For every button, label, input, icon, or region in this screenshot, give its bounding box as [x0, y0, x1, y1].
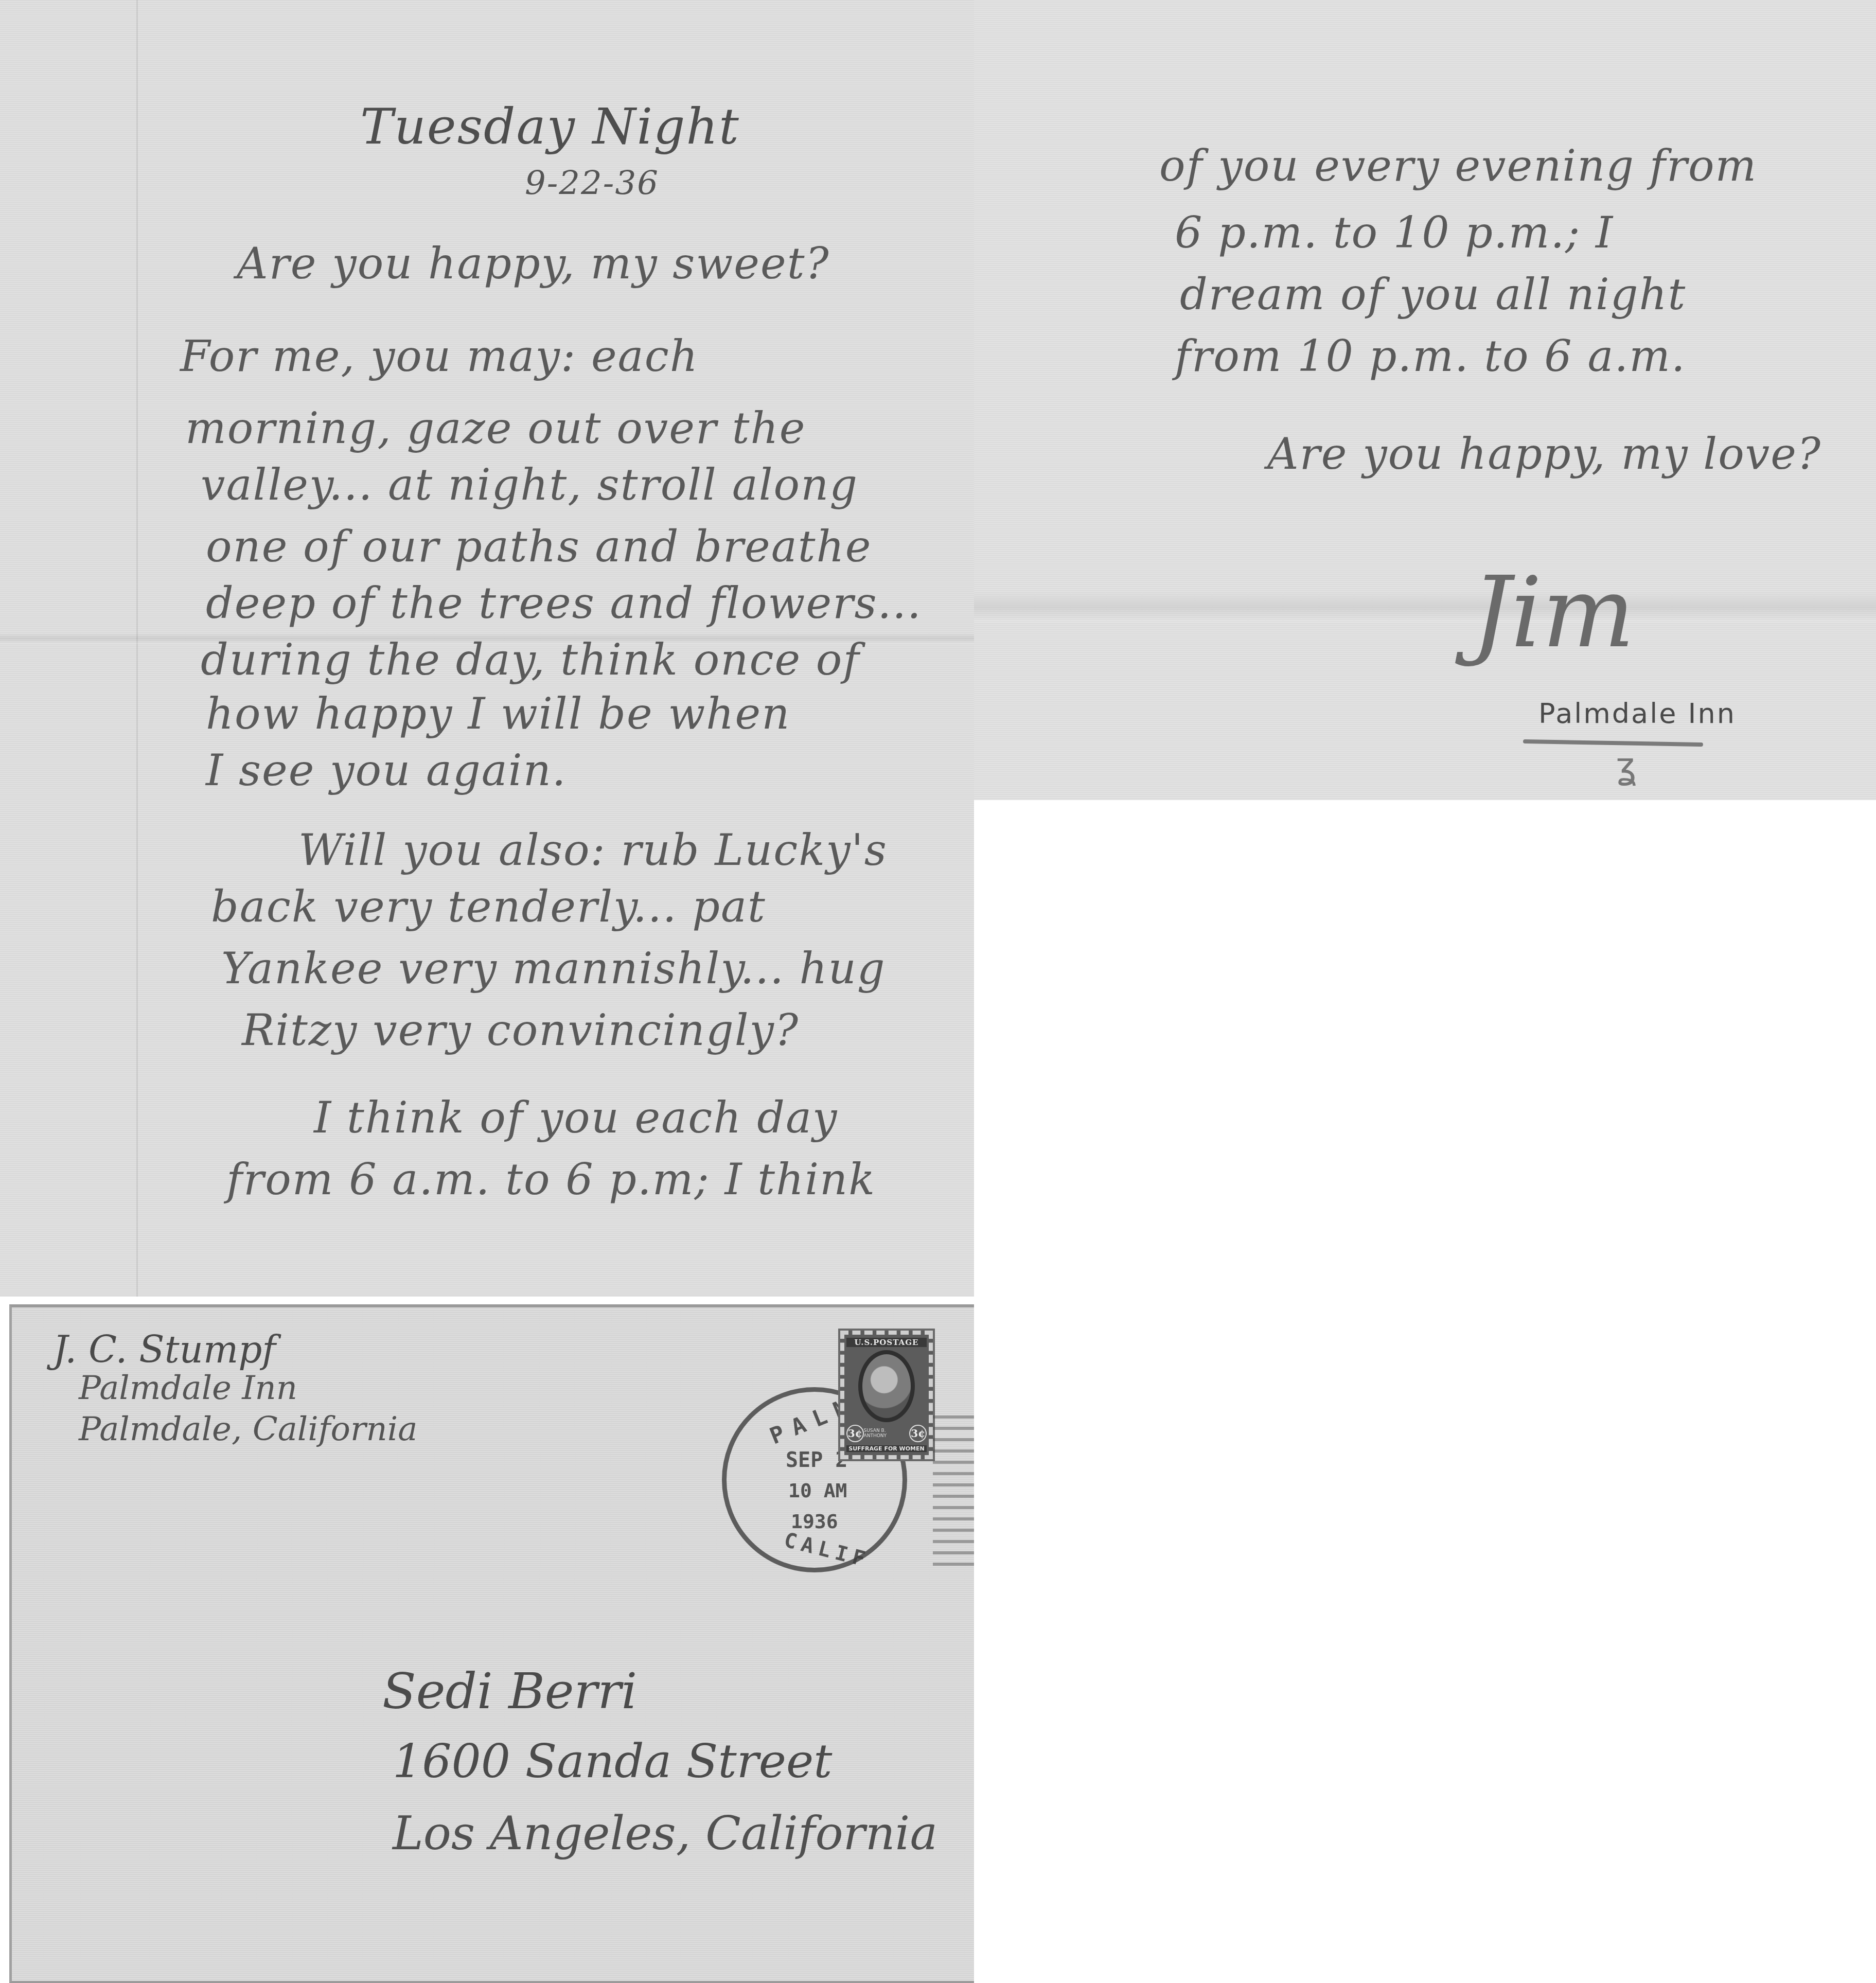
stamp-values: 3¢ SUSAN B. ANTHONY 3¢ — [846, 1425, 927, 1442]
letter-line: one of our paths and breathe — [206, 525, 872, 568]
letter-signature: Jim — [1472, 556, 1635, 669]
return-address-line2: Palmdale, California — [79, 1410, 417, 1448]
cancellation-marks — [933, 1415, 974, 1570]
envelope: J. C. Stumpf Palmdale Inn Palmdale, Cali… — [9, 1304, 974, 1983]
letter-line: I see you again. — [206, 749, 567, 792]
stamp-denomination-left: 3¢ — [846, 1425, 864, 1442]
postmark-year: 1936 — [791, 1510, 838, 1533]
letter-line: of you every evening from — [1159, 144, 1757, 187]
letter-line: Ritzy very convincingly? — [242, 1008, 799, 1052]
letter-line: dream of you all night — [1180, 273, 1686, 316]
recipient-street: 1600 Sanda Street — [393, 1734, 832, 1789]
stamp-denomination-right: 3¢ — [909, 1425, 927, 1442]
postmark-state: CALIF — [782, 1528, 872, 1572]
letter-line: Are you happy, my sweet? — [237, 242, 830, 285]
postmark-time: 10 AM — [788, 1479, 847, 1502]
letter-line: back very tenderly... pat — [211, 885, 766, 928]
letter-heading-date: 9-22-36 — [525, 165, 659, 203]
letter-line: I think of you each day — [314, 1096, 838, 1139]
letter-line: from 6 a.m. to 6 p.m; I think — [226, 1158, 876, 1201]
letter-line: how happy I will be when — [206, 692, 790, 735]
letter-line: Are you happy, my love? — [1267, 432, 1821, 475]
recipient-name: Sedi Berri — [382, 1662, 637, 1720]
letter-line: from 10 p.m. to 6 a.m. — [1175, 334, 1686, 378]
signature-flourish: ʓ — [1616, 745, 1636, 787]
postage-stamp: U.S.POSTAGE 3¢ SUSAN B. ANTHONY 3¢ SUFFR… — [840, 1331, 933, 1459]
letter-heading-day: Tuesday Night — [360, 98, 740, 155]
letter-page-2: of you every evening from 6 p.m. to 10 p… — [974, 0, 1876, 800]
stamp-portrait-icon — [858, 1350, 915, 1422]
stamp-caption: SUFFRAGE FOR WOMEN — [846, 1445, 927, 1452]
paper-fold-horizontal — [974, 592, 1876, 623]
letter-line: Will you also: rub Lucky's — [298, 828, 888, 872]
stamp-name: SUSAN B. ANTHONY — [864, 1428, 910, 1439]
recipient-city: Los Angeles, California — [393, 1807, 937, 1861]
postmark-date: SEP 2 — [786, 1448, 847, 1472]
letter-signature-place: Palmdale Inn — [1538, 697, 1736, 730]
letter-line: 6 p.m. to 10 p.m.; I — [1175, 211, 1614, 254]
return-address-line1: Palmdale Inn — [79, 1369, 297, 1407]
stamp-header: U.S.POSTAGE — [846, 1338, 927, 1347]
paper-fold-vertical — [136, 0, 138, 1297]
letter-line: morning, gaze out over the — [185, 406, 806, 450]
letter-line: during the day, think once of — [201, 638, 860, 681]
letter-line: Yankee very mannishly... hug — [221, 947, 886, 990]
letter-page-1: Tuesday Night 9-22-36 Are you happy, my … — [0, 0, 974, 1297]
letter-line: For me, you may: each — [180, 334, 699, 378]
return-address-name: J. C. Stumpf — [53, 1328, 276, 1371]
letter-line: valley... at night, stroll along — [201, 463, 858, 506]
letter-line: deep of the trees and flowers... — [206, 581, 922, 625]
